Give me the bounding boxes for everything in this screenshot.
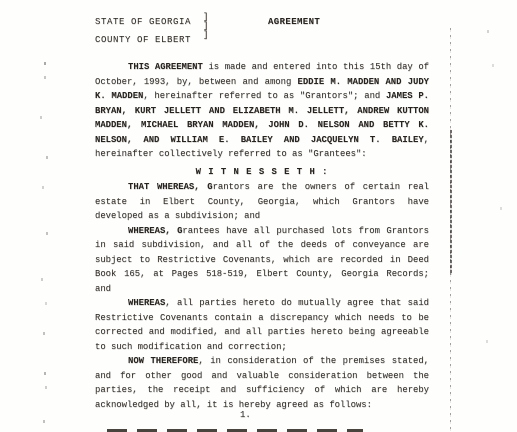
operative-clause-paragraph: NOW THEREFORE, in consideration of the p… [95, 354, 429, 412]
caption-bracket: ] [203, 31, 208, 40]
document-title: AGREEMENT [268, 17, 320, 27]
venue-lines: STATE OF GEORGIA COUNTY OF ELBERT [95, 13, 191, 49]
recital-paragraph-1: THAT WHEREAS, Grantors are the owners of… [95, 180, 429, 224]
scan-artifact-right-edge-line [450, 28, 451, 432]
venue-line-county: COUNTY OF ELBERT [95, 31, 191, 49]
page-number: 1. [240, 410, 251, 420]
witnesseth-heading: W I T N E S S E T H : [95, 165, 429, 180]
intro-paragraph: THIS AGREEMENT is made and entered into … [95, 60, 429, 162]
caption-brackets: ] ] ] [203, 13, 208, 49]
scan-artifact-right-edge-line-dark [450, 130, 452, 275]
document-body: THIS AGREEMENT is made and entered into … [95, 60, 429, 412]
scanned-document-page: STATE OF GEORGIA COUNTY OF ELBERT ] ] ] … [0, 0, 517, 432]
document-header: STATE OF GEORGIA COUNTY OF ELBERT ] ] ] … [0, 0, 517, 49]
scan-artifact-bottom-edge-line [107, 429, 363, 432]
venue-line-state: STATE OF GEORGIA [95, 13, 191, 31]
recital-paragraph-2: WHEREAS, Grantees have all purchased lot… [95, 224, 429, 297]
recital-paragraph-3: WHEREAS, all parties hereto do mutually … [95, 296, 429, 354]
